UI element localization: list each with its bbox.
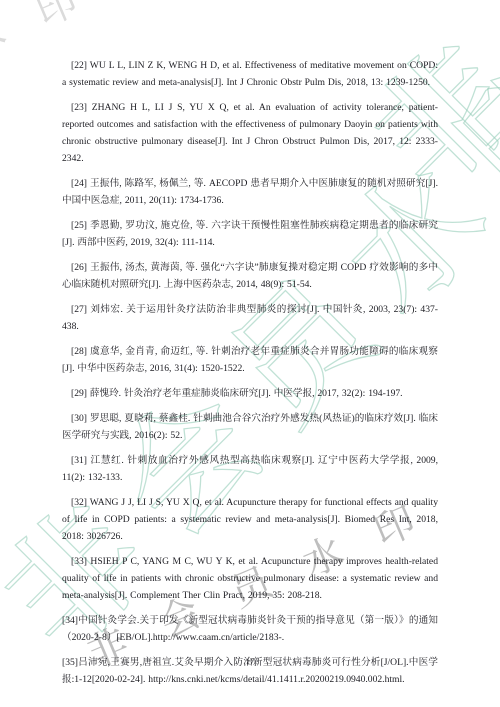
reference-item: [33] HSIEH P C, YANG M C, WU Y K, et al.… (62, 553, 438, 604)
reference-item: [31] 江慧红. 针刺放血治疗外感风热型高热临床观察[J]. 辽宁中医药大学学… (62, 452, 438, 486)
reference-item: [30] 罗思聪, 夏晓莉, 蔡鑫桂. 针刺曲池合谷穴治疗外感发热(风热证)的临… (62, 410, 438, 444)
reference-item: [24] 王振伟, 陈路军, 杨佩兰, 等. AECOPD 患者早期介入中医肺康… (62, 175, 438, 209)
reference-item: [32] WANG J J, LI J S, YU X Q, et al. Ac… (62, 494, 438, 545)
reference-item: [22] WU L L, LIN Z K, WENG H D, et al. E… (62, 57, 438, 91)
reference-item: [27] 刘炜宏. 关于运用针灸疗法防治非典型肺炎的探讨[J]. 中国针灸, 2… (62, 301, 438, 335)
reference-item: [26] 王振伟, 汤杰, 黄海茵, 等. 强化“六字诀”肺康复操对稳定期 CO… (62, 259, 438, 293)
reference-item: [28] 虞意华, 金肖青, 俞迈红, 等. 针刺治疗老年重症肺炎合并胃肠功能障… (62, 343, 438, 377)
reference-item: [29] 薛愧玲. 针灸治疗老年重症肺炎临床研究[J]. 中医学报, 2017,… (62, 385, 438, 402)
reference-item: [34]中国针灸学会.关于印发《新型冠状病毒肺炎针灸干预的指导意见（第一版）》的… (62, 612, 438, 646)
reference-item: [23] ZHANG H L, LI J S, YU X Q, et al. A… (62, 99, 438, 167)
reference-list: [22] WU L L, LIN Z K, WENG H D, et al. E… (62, 57, 438, 696)
page-number: 17 (0, 656, 500, 666)
reference-item: [25] 季恩勤, 罗功汶, 施克俭, 等. 六字诀干预慢性阻塞性肺疾病稳定期患… (62, 217, 438, 251)
document-page: 非会员水印 非会员水印 非会员水印 非会员水印 [22] WU L L, LIN… (0, 0, 500, 707)
